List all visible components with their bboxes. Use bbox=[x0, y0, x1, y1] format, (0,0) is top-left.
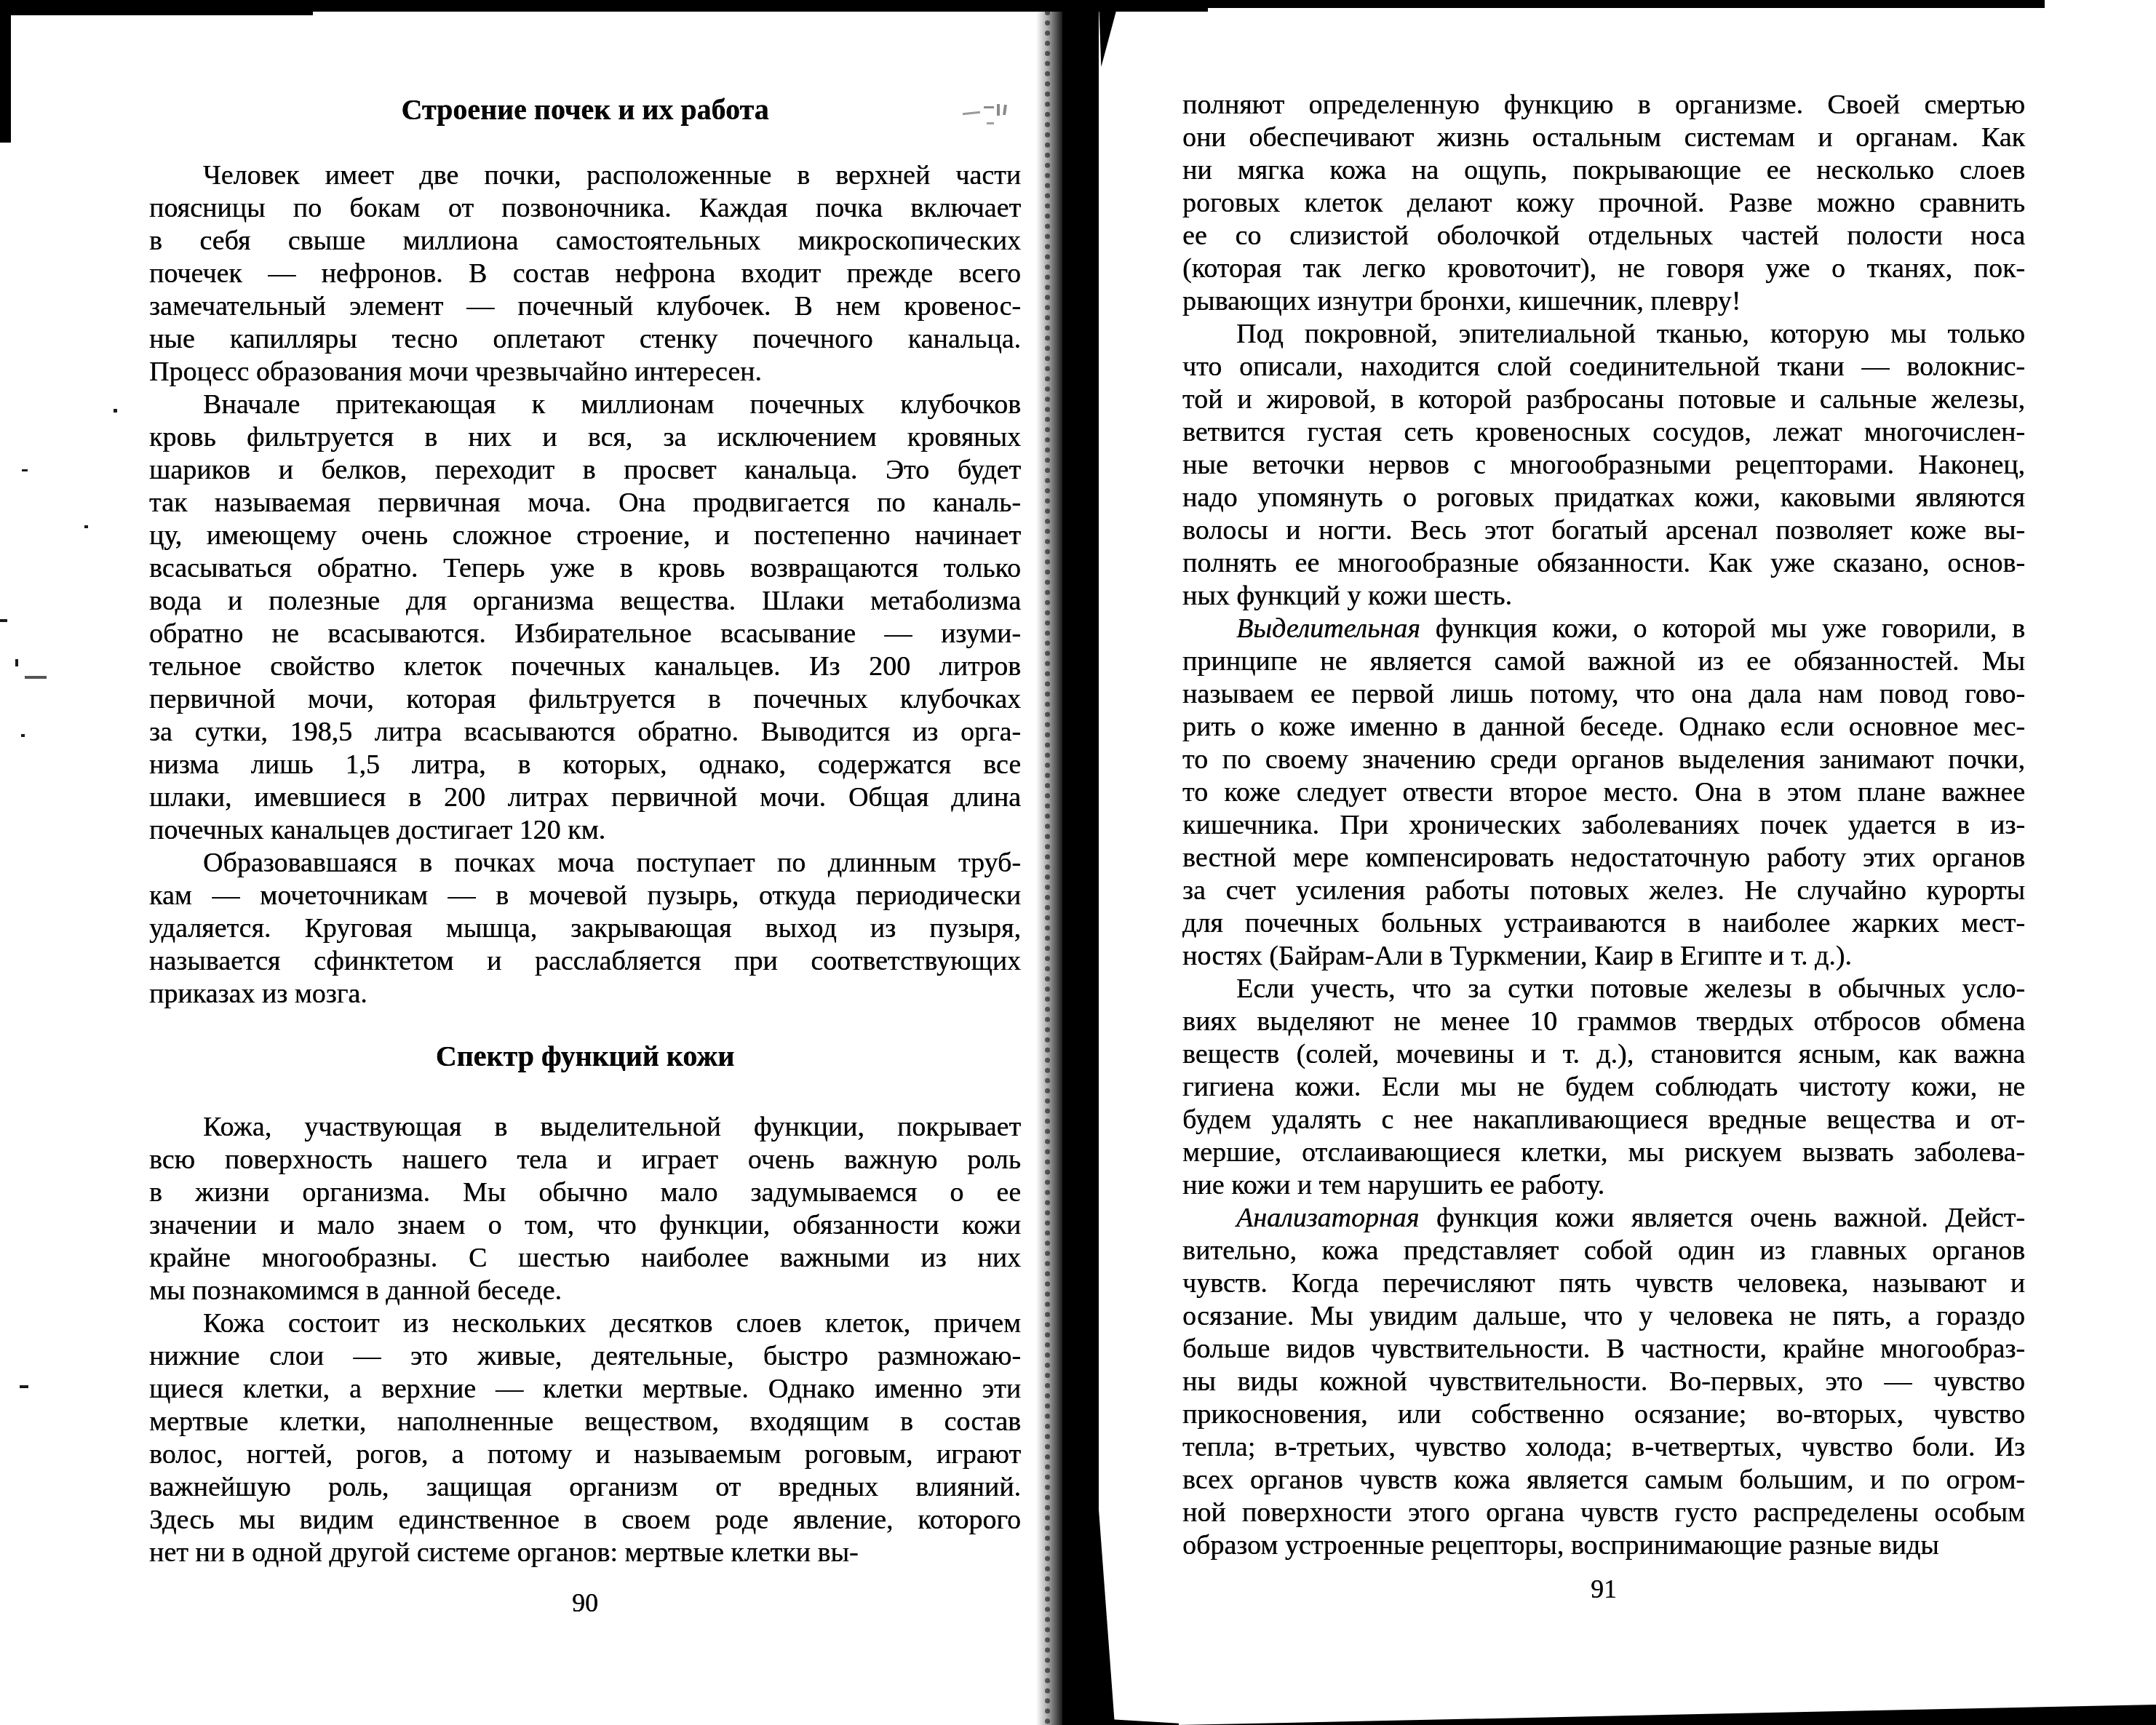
book-gutter-shadow bbox=[1099, 0, 1119, 67]
book-gutter-shadow bbox=[1099, 1510, 1115, 1725]
left-page-text-column: Строение почек и их работа Человек имеет… bbox=[149, 93, 1021, 1569]
scan-top-edge-artifact bbox=[0, 0, 313, 15]
scan-left-edge-artifact bbox=[0, 0, 11, 143]
scan-smudge bbox=[984, 106, 994, 108]
paragraph: Образовавшаяся в почках моча поступает п… bbox=[149, 847, 1021, 1011]
scan-speckle bbox=[84, 525, 88, 528]
paragraph: Анализаторная функция кожи является очен… bbox=[1182, 1202, 2025, 1562]
scan-top-edge-artifact bbox=[1208, 0, 2045, 8]
book-scan: Строение почек и их работа Человек имеет… bbox=[0, 0, 2156, 1725]
scan-speckle bbox=[20, 1385, 28, 1388]
section-heading-kidneys: Строение почек и их работа bbox=[149, 93, 1021, 126]
paragraph: Кожа состоит из нескольких десятков слое… bbox=[149, 1307, 1021, 1569]
section-heading-skin: Спектр функций кожи bbox=[149, 1040, 1021, 1072]
book-gutter-shadow bbox=[1045, 0, 1050, 1725]
paragraph: Вначале притекающая к миллионам почечных… bbox=[149, 389, 1021, 847]
paragraph: Если учесть, что за сутки потовые железы… bbox=[1182, 973, 2025, 1202]
paragraph: Выделительная функция кожи, о которой мы… bbox=[1182, 613, 2025, 973]
right-page-text-column: полняют определенную функцию в организме… bbox=[1182, 89, 2025, 1562]
paragraph: Человек имеет две почки, расположенные в… bbox=[149, 159, 1021, 389]
scan-speckle bbox=[114, 409, 117, 413]
paragraph: Под покровной, эпителиальной тканью, кот… bbox=[1182, 318, 2025, 613]
scan-smudge bbox=[997, 104, 1000, 116]
page-number-left: 90 bbox=[149, 1587, 1021, 1618]
book-gutter-shadow bbox=[1062, 0, 1099, 1725]
scan-speckle bbox=[21, 734, 25, 737]
paragraph: Кожа, участвующая в выделительной функци… bbox=[149, 1111, 1021, 1307]
scan-speckle bbox=[25, 676, 47, 679]
paragraph: полняют определенную функцию в организме… bbox=[1182, 89, 2025, 318]
scan-speckle bbox=[0, 619, 7, 622]
scan-speckle bbox=[15, 659, 18, 666]
scan-speckle bbox=[22, 469, 28, 471]
page-number-right: 91 bbox=[1182, 1574, 2025, 1604]
scan-bottom-edge-artifact bbox=[1177, 1705, 2156, 1725]
scan-smudge bbox=[987, 122, 994, 124]
